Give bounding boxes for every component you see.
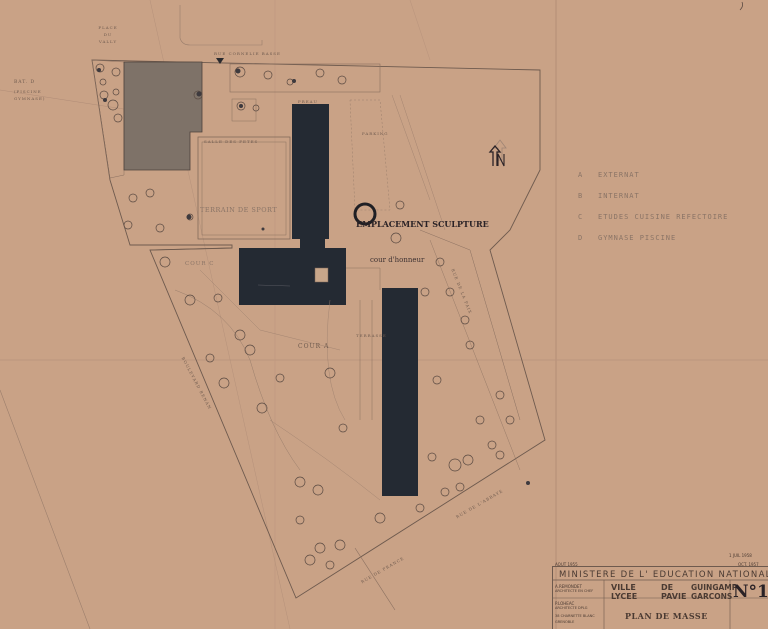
cour-c-label: COUR C [185, 261, 214, 267]
cour-honneur-label: cour d'honneur [370, 256, 424, 264]
parking-label: PARKING [362, 131, 389, 136]
sheet-number: N°101 [733, 582, 768, 602]
terrain-sport-label: TERRAIN DE SPORT [200, 206, 277, 214]
architect-2-title: ARCHITECTE DPLG [555, 606, 587, 610]
city-de: DE [661, 583, 673, 592]
top-street-label: RUE CORNELIE BASSE [214, 51, 281, 56]
date-left: AOUT 1955 [555, 562, 578, 567]
building-d-sub1: (PISCINE [14, 89, 42, 94]
drawing-title: PLAN DE MASSE [625, 611, 708, 621]
salle-label: SALLE DES FETES [204, 139, 258, 144]
north-arrow-graphic [490, 140, 506, 166]
school-name: PAVIE [661, 592, 686, 601]
legend-item-a: AEXTERNAT [578, 171, 640, 179]
architect-1-title: ARCHITECTE EN CHEF [555, 589, 593, 593]
legend-item-d: DGYMNASE PISCINE [578, 234, 676, 242]
school-label: LYCEE [611, 592, 637, 601]
building-d-sub2: GYMNASE) [14, 96, 45, 101]
legend-item-c: CETUDES CUISINE REFECTOIRE [578, 213, 728, 221]
cour-a-label: COUR A [298, 343, 329, 350]
plan-drawing [0, 0, 768, 629]
date-right: OCT. 1957 [738, 562, 759, 567]
terrasse-label: TERRASSE [356, 333, 387, 338]
sculpture-location-label: EMPLACEMENT SCULPTURE [356, 219, 489, 229]
city-label: VILLE [611, 583, 636, 592]
building-d-label: BAT. D [14, 80, 35, 85]
legend-item-b: BINTERNAT [578, 192, 640, 200]
site-plan-sheet: EMPLACEMENT SCULPTURE cour d'honneur TER… [0, 0, 768, 629]
stamp: 1 JUIL 1958 [729, 553, 752, 558]
ministry-header: MINISTERE DE L' EDUCATION NATIONALE [559, 570, 768, 580]
title-block: AOUT 1955 OCT. 1957 1 JUIL 1958 MINISTER… [552, 566, 768, 629]
school-type: GARCONS [691, 592, 732, 601]
address-2: GRENOBLE [555, 620, 574, 624]
preau-label: PREAU [298, 99, 318, 104]
place-label: PLACE DU VALLY [95, 24, 121, 45]
city-value: GUINGAMP [691, 583, 737, 592]
address: 38 CHARNETTE BLANC [555, 614, 595, 618]
